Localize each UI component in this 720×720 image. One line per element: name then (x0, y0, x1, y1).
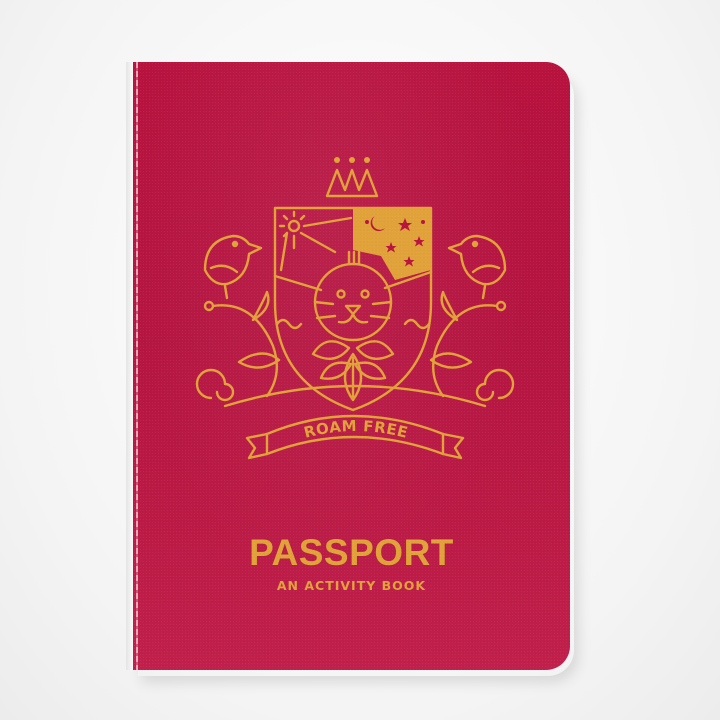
sun-icon (280, 212, 351, 270)
cover-title: PASSPORT (133, 532, 570, 574)
bird-left-icon (197, 236, 279, 400)
passport-book-cover: ROAM FREE PASSPORT AN ACTIVITY BOOK (133, 62, 570, 670)
cat-face-icon (315, 252, 391, 340)
cover-subtitle: AN ACTIVITY BOOK (133, 578, 570, 593)
coat-of-arms-emblem: ROAM FREE (195, 152, 515, 492)
shield-icon (275, 208, 431, 410)
crown-icon (327, 157, 377, 196)
bird-right-icon (431, 236, 513, 400)
banner-ribbon: ROAM FREE (247, 416, 463, 458)
leaves-icon (313, 341, 393, 400)
